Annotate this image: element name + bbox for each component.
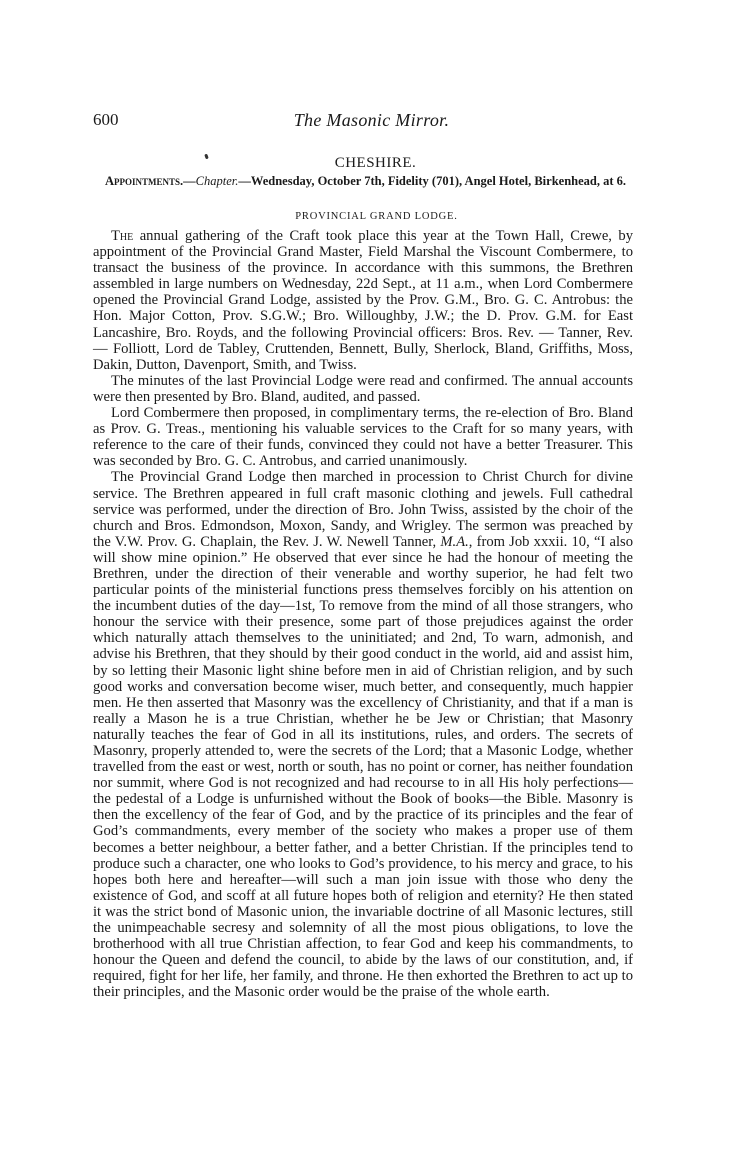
appointments-notice: Appointments.—Chapter.—Wednesday, Octobe… — [93, 175, 639, 188]
running-title: The Masonic Mirror. — [0, 110, 743, 131]
paragraph-lead: The — [111, 228, 133, 244]
appointments-label: Appointments. — [105, 174, 183, 188]
article-body: The annual gathering of the Craft took p… — [93, 228, 633, 1001]
paragraph-1-text: annual gathering of the Craft took place… — [93, 228, 633, 373]
paragraph-4-degree: M.A. — [440, 534, 468, 550]
paragraph-4-text-b: , from Job xxxii. 10, “I also will show … — [93, 534, 633, 1001]
section-title: CHESHIRE. — [0, 155, 743, 172]
paragraph-3: Lord Combermere then proposed, in compli… — [93, 405, 633, 469]
paragraph-1: The annual gathering of the Craft took p… — [93, 228, 633, 373]
paragraph-4: The Provincial Grand Lodge then marched … — [93, 469, 633, 1000]
paragraph-2: The minutes of the last Provincial Lodge… — [93, 373, 633, 405]
subheading: PROVINCIAL GRAND LODGE. — [0, 211, 743, 222]
appointments-dash: — — [183, 174, 196, 188]
appointments-text: —Wednesday, October 7th, Fidelity (701),… — [238, 174, 626, 188]
appointments-chapter: Chapter. — [196, 174, 239, 188]
